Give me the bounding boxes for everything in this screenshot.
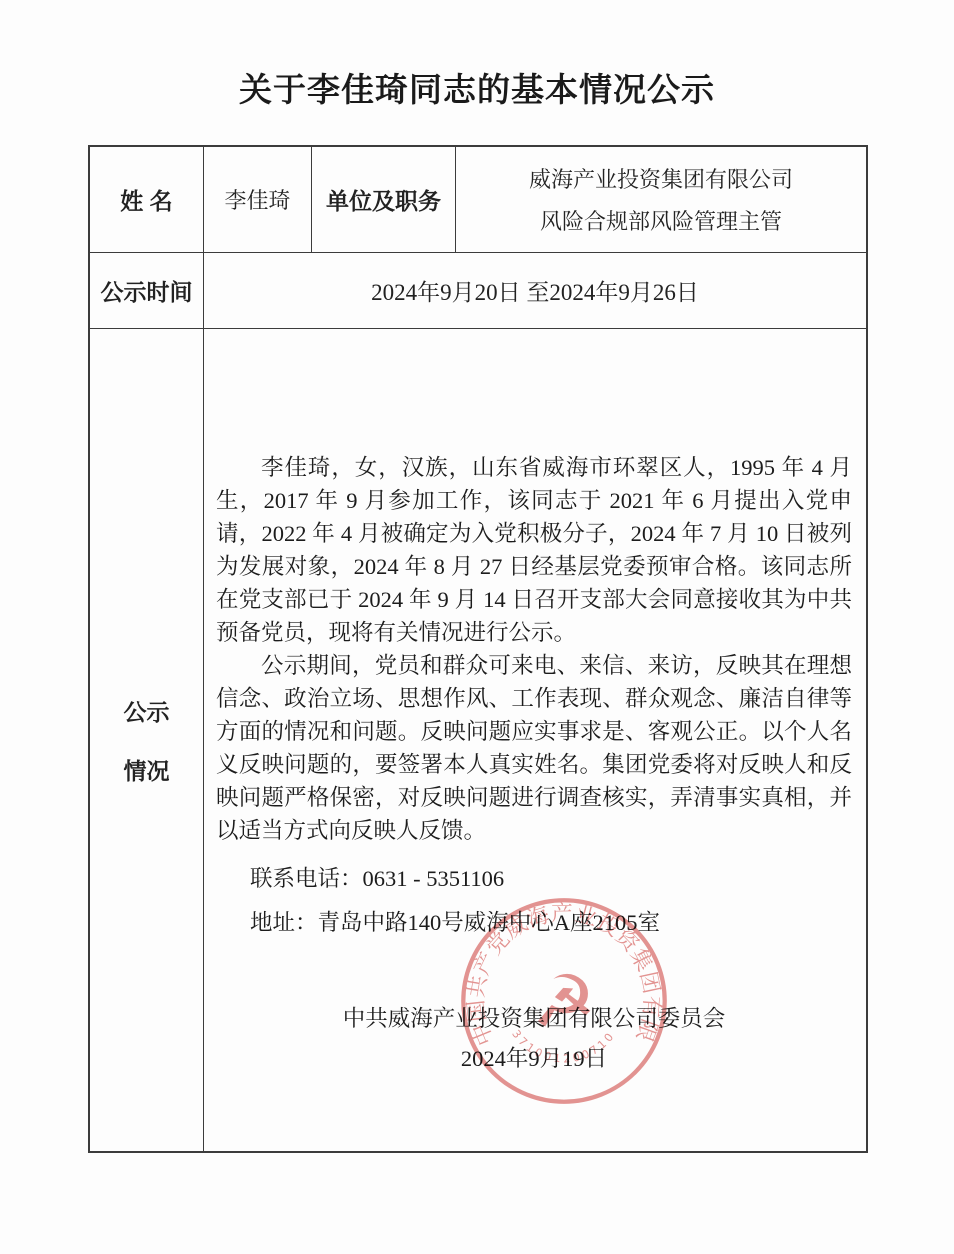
unit-value-cell: 威海产业投资集团有限公司 风险合规部风险管理主管 bbox=[456, 147, 866, 253]
period-value-cell: 2024年9月20日 至2024年9月26日 bbox=[204, 253, 866, 329]
period-label-cell: 公示时间 bbox=[90, 253, 204, 329]
unit-label-cell: 单位及职务 bbox=[312, 147, 456, 253]
info-table: 姓 名 李佳琦 单位及职务 威海产业投资集团有限公司 风险合规部风险管理主管 公… bbox=[88, 145, 868, 1153]
details-content-cell: 李佳琦，女，汉族，山东省威海市环翠区人，1995 年 4 月生，2017 年 9… bbox=[204, 329, 866, 1151]
unit-position-line: 风险合规部风险管理主管 bbox=[540, 205, 782, 236]
details-label-line2: 情况 bbox=[124, 753, 170, 786]
contact-phone-line: 联系电话：0631 - 5351106 bbox=[250, 857, 852, 901]
signature-block: 中共威海产业投资集团有限公司委员会 2024年9月19日 bbox=[216, 1001, 852, 1081]
name-label-cell: 姓 名 bbox=[90, 147, 204, 253]
name-value-cell: 李佳琦 bbox=[204, 147, 312, 253]
scanned-document-page: 关于李佳琦同志的基本情况公示 姓 名 李佳琦 单位及职务 威海产业投资集团有限公… bbox=[0, 0, 954, 1254]
unit-company-line: 威海产业投资集团有限公司 bbox=[529, 163, 793, 194]
details-paragraph-2: 公示期间，党员和群众可来电、来信、来访，反映其在理想信念、政治立场、思想作风、工… bbox=[216, 649, 852, 847]
details-label-line1: 公示 bbox=[124, 694, 170, 727]
contact-block: 联系电话：0631 - 5351106 地址：青岛中路140号威海中心A座210… bbox=[216, 857, 852, 945]
signature-date: 2024年9月19日 bbox=[216, 1037, 852, 1081]
document-title: 关于李佳琦同志的基本情况公示 bbox=[0, 64, 954, 111]
details-paragraph-1: 李佳琦，女，汉族，山东省威海市环翠区人，1995 年 4 月生，2017 年 9… bbox=[216, 451, 852, 649]
details-label-cell: 公示 情况 bbox=[90, 329, 204, 1151]
signature-committee: 中共威海产业投资集团有限公司委员会 bbox=[216, 1001, 852, 1037]
contact-address-line: 地址：青岛中路140号威海中心A座2105室 bbox=[250, 901, 852, 945]
